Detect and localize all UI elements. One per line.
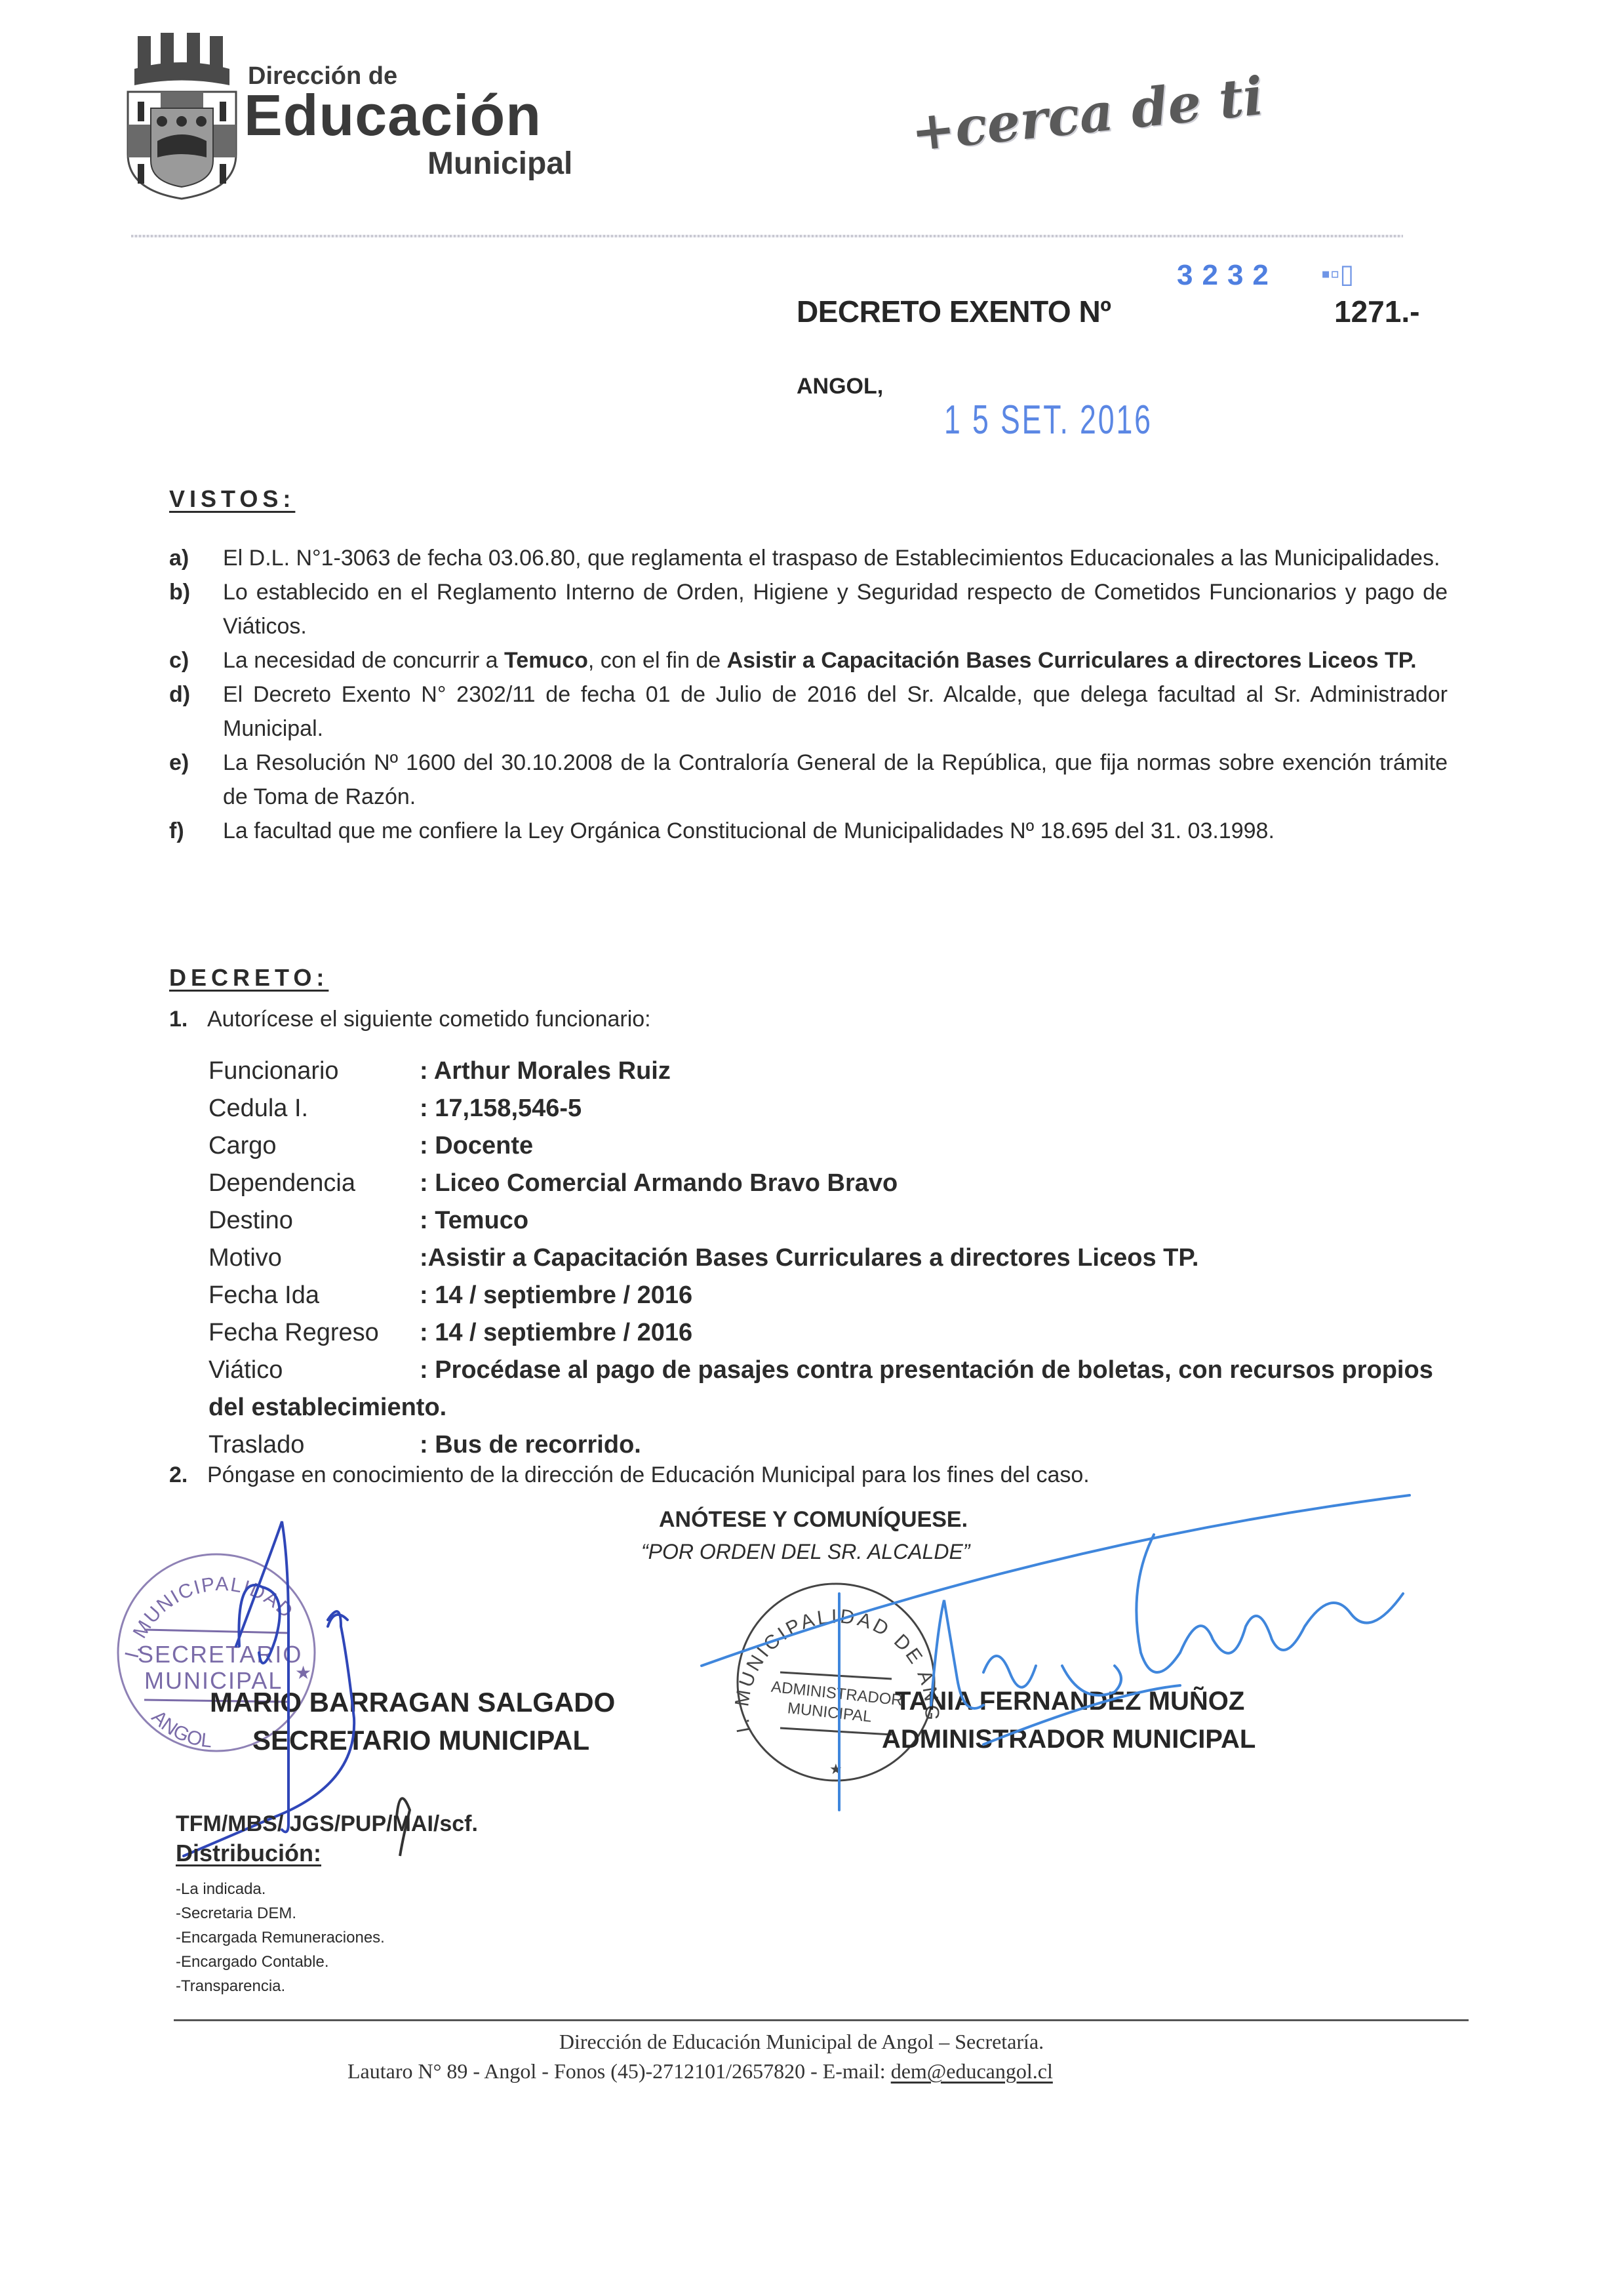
svg-text:SECRETARIO: SECRETARIO <box>138 1641 302 1668</box>
distribution-item: -Secretaria DEM. <box>176 1901 385 1925</box>
item-text: Autorícese el siguiente cometido funcion… <box>207 1007 651 1032</box>
field-row: Funcionario: Arthur Morales Ruiz <box>208 1053 1454 1090</box>
registry-stamp-mark: ▪▫▯ <box>1321 259 1354 289</box>
field-label: Fecha Ida <box>208 1277 420 1314</box>
decreto-heading: DECRETO: <box>169 964 328 992</box>
vistos-list: a) El D.L. N°1-3063 de fecha 03.06.80, q… <box>169 541 1448 848</box>
distribution-heading: Distribución: <box>176 1840 321 1867</box>
anotese-label: ANÓTESE Y COMUNÍQUESE. <box>659 1507 968 1533</box>
svg-text:★: ★ <box>295 1662 311 1683</box>
visto-text: La necesidad de concurrir a Temuco, con … <box>223 643 1448 677</box>
visto-text-part: La necesidad de concurrir a <box>223 648 504 673</box>
decree-number: 1271.- <box>1334 294 1419 329</box>
secretary-name: MARIO BARRAGAN SALGADO <box>210 1687 615 1718</box>
visto-text-part: , con el fin de <box>588 648 727 673</box>
distribution-item: -Encargada Remuneraciones. <box>176 1925 385 1950</box>
visto-item: a) El D.L. N°1-3063 de fecha 03.06.80, q… <box>169 541 1448 575</box>
field-value: : Procédase al pago de pasajes contra pr… <box>420 1352 1454 1389</box>
field-label: Cargo <box>208 1127 420 1165</box>
footer-divider <box>174 2019 1469 2021</box>
visto-letter: b) <box>169 575 223 643</box>
field-value: : 14 / septiembre / 2016 <box>420 1314 1454 1352</box>
field-value: : Liceo Comercial Armando Bravo Bravo <box>420 1165 1454 1202</box>
distribution-item: -La indicada. <box>176 1877 385 1901</box>
visto-letter: f) <box>169 814 223 848</box>
visto-text: La facultad que me confiere la Ley Orgán… <box>223 814 1448 848</box>
administrator-title: ADMINISTRADOR MUNICIPAL <box>882 1725 1256 1754</box>
visto-letter: d) <box>169 677 223 746</box>
field-label: Motivo <box>208 1239 420 1277</box>
visto-letter: c) <box>169 643 223 677</box>
footer-contact: Lautaro N° 89 - Angol - Fonos (45)-27121… <box>347 2059 1053 2084</box>
visto-item: d) El Decreto Exento N° 2302/11 de fecha… <box>169 677 1448 746</box>
logo-line-3: Municipal <box>427 146 572 182</box>
field-row: Fecha Regreso: 14 / septiembre / 2016 <box>208 1314 1454 1352</box>
purpose-bold: Asistir a Capacitación Bases Curriculare… <box>727 648 1417 673</box>
slogan: +cerca de ti <box>908 65 1266 163</box>
field-value: : Temuco <box>420 1202 1454 1239</box>
visto-text: El Decreto Exento N° 2302/11 de fecha 01… <box>223 677 1448 746</box>
visto-item: c) La necesidad de concurrir a Temuco, c… <box>169 643 1448 677</box>
footer-address: Lautaro N° 89 - Angol - Fonos (45)-27121… <box>347 2059 891 2083</box>
administrator-seal-stamp: I. MUNICIPALIDAD DE ANGOL ADMINISTRADOR … <box>728 1574 944 1790</box>
visto-text: El D.L. N°1-3063 de fecha 03.06.80, que … <box>223 541 1448 575</box>
field-label: Funcionario <box>208 1053 420 1090</box>
field-value: : Arthur Morales Ruiz <box>420 1053 1454 1090</box>
field-row: Cedula I.: 17,158,546-5 <box>208 1090 1454 1127</box>
field-label: Dependencia <box>208 1165 420 1202</box>
date-stamp: 1 5 SET. 2016 <box>944 397 1153 443</box>
field-value: : 17,158,546-5 <box>420 1090 1454 1127</box>
visto-letter: a) <box>169 541 223 575</box>
field-row: Fecha Ida: 14 / septiembre / 2016 <box>208 1277 1454 1314</box>
field-row: Destino: Temuco <box>208 1202 1454 1239</box>
field-value: : Bus de recorrido. <box>420 1426 1454 1464</box>
secretary-title: SECRETARIO MUNICIPAL <box>252 1725 589 1756</box>
visto-item: e) La Resolución Nº 1600 del 30.10.2008 … <box>169 746 1448 814</box>
field-value: : Docente <box>420 1127 1454 1165</box>
header-divider <box>131 235 1403 237</box>
footer-email-link[interactable]: dem@educangol.cl <box>891 2059 1053 2083</box>
distribution-item: -Transparencia. <box>176 1974 385 1998</box>
visto-text: Lo establecido en el Reglamento Interno … <box>223 575 1448 643</box>
field-row: Viático: Procédase al pago de pasajes co… <box>208 1352 1454 1389</box>
field-value: :Asistir a Capacitación Bases Curricular… <box>420 1239 1454 1277</box>
logo-line-2: Educación <box>244 82 542 149</box>
visto-item: f) La facultad que me confiere la Ley Or… <box>169 814 1448 848</box>
item-text: Póngase en conocimiento de la dirección … <box>207 1462 1090 1487</box>
svg-text:★: ★ <box>829 1761 842 1777</box>
decree-place: ANGOL, <box>797 374 883 399</box>
field-row: Traslado: Bus de recorrido. <box>208 1426 1454 1464</box>
assignment-fields: Funcionario: Arthur Morales Ruiz Cedula … <box>208 1053 1454 1464</box>
municipal-coat-of-arms-icon <box>121 30 243 200</box>
item-number: 2. <box>169 1462 207 1488</box>
viatico-continuation: del establecimiento. <box>208 1389 1454 1426</box>
item-number: 1. <box>169 1007 207 1032</box>
decree-title: DECRETO EXENTO Nº <box>797 294 1111 329</box>
destination-bold: Temuco <box>504 648 588 673</box>
field-value: : 14 / septiembre / 2016 <box>420 1277 1454 1314</box>
field-row: Dependencia: Liceo Comercial Armando Bra… <box>208 1165 1454 1202</box>
visto-letter: e) <box>169 746 223 814</box>
responsibility-initials: TFM/MBS/ JGS/PUP/MAI/scf. <box>176 1811 478 1837</box>
field-row: Cargo: Docente <box>208 1127 1454 1165</box>
distribution-list: -La indicada. -Secretaria DEM. -Encargad… <box>176 1877 385 1998</box>
field-label: Cedula I. <box>208 1090 420 1127</box>
by-order-label: “POR ORDEN DEL SR. ALCALDE” <box>641 1540 970 1564</box>
visto-text: La Resolución Nº 1600 del 30.10.2008 de … <box>223 746 1448 814</box>
field-label: Fecha Regreso <box>208 1314 420 1352</box>
field-label: Destino <box>208 1202 420 1239</box>
registry-stamp-number: 3232 <box>1177 259 1278 292</box>
footer-office: Dirección de Educación Municipal de Ango… <box>0 2030 1603 2054</box>
decree-item-1: 1.Autorícese el siguiente cometido funci… <box>169 1007 651 1032</box>
field-label: Traslado <box>208 1426 420 1464</box>
distribution-item: -Encargado Contable. <box>176 1950 385 1974</box>
administrator-name: TANIA FERNANDEZ MUÑOZ <box>895 1687 1244 1716</box>
vistos-heading: VISTOS: <box>169 485 295 513</box>
decree-item-2: 2.Póngase en conocimiento de la direcció… <box>169 1462 1090 1488</box>
field-label: Viático <box>208 1352 420 1389</box>
field-row: Motivo:Asistir a Capacitación Bases Curr… <box>208 1239 1454 1277</box>
visto-item: b) Lo establecido en el Reglamento Inter… <box>169 575 1448 643</box>
